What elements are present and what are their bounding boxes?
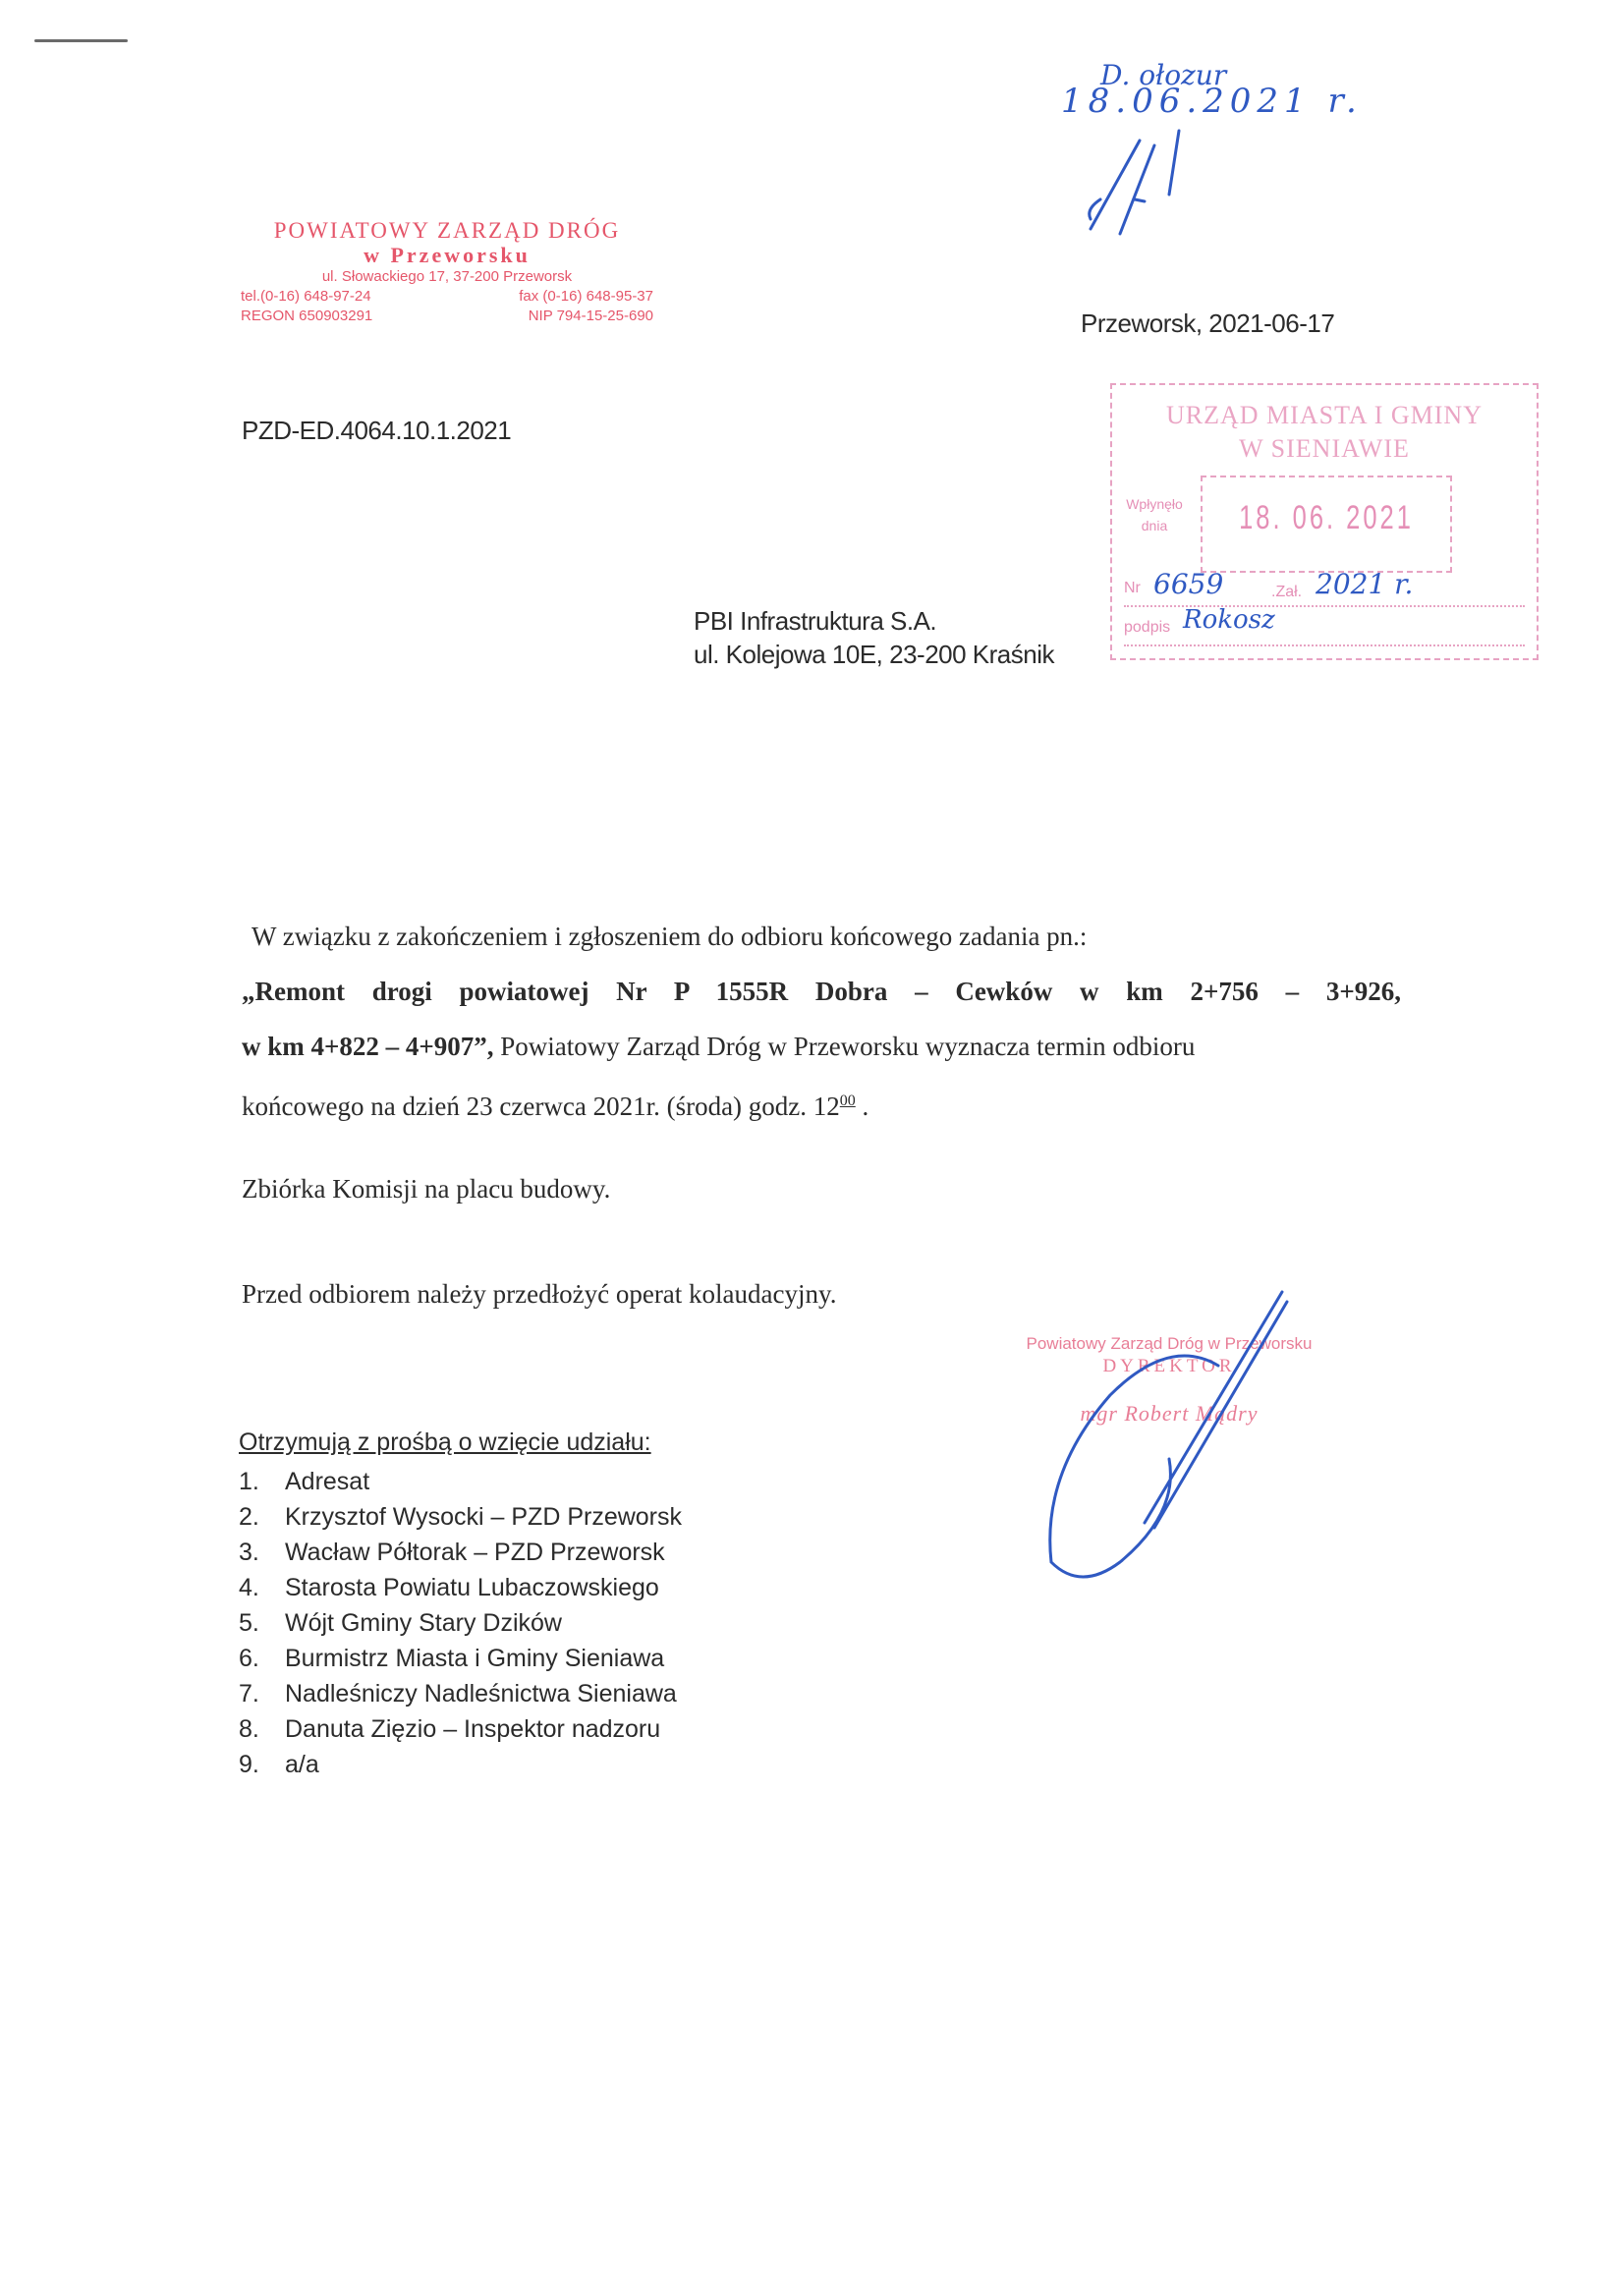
task-title-end: w km 4+822 – 4+907”, bbox=[242, 1032, 494, 1061]
sender-stamp-contact: tel.(0-16) 648-97-24 fax (0-16) 648-95-3… bbox=[241, 287, 653, 307]
received-stamp: URZĄD MIASTA I GMINY W SIENIAWIE Wpłynęł… bbox=[1110, 383, 1539, 660]
scan-corner-mark bbox=[34, 39, 128, 42]
recipient-item: 8.Danuta Zięzio – Inspektor nadzoru bbox=[239, 1711, 682, 1747]
sender-stamp-regon: REGON 650903291 bbox=[241, 307, 372, 326]
handwritten-note-date: 18.06.2021 r. bbox=[1061, 82, 1363, 121]
zal-label: .Zał. bbox=[1271, 584, 1302, 601]
intro-line: W związku z zakończeniem i zgłoszeniem d… bbox=[252, 909, 1401, 964]
received-number-row: Nr 6659 .Zał. 2021 r. bbox=[1124, 580, 1525, 607]
handwritten-note: D. ołozur 18.06.2021 r. bbox=[1061, 59, 1363, 243]
recipient-text: Burmistrz Miasta i Gminy Sieniawa bbox=[285, 1641, 664, 1676]
recipient-text: Wójt Gminy Stary Dzików bbox=[285, 1605, 562, 1641]
received-signature-row: podpis Rokosz bbox=[1124, 619, 1525, 646]
date-line: końcowego na dzień 23 czerwca 2021r. (śr… bbox=[242, 1074, 1401, 1134]
recipient-item: 5.Wójt Gminy Stary Dzików bbox=[239, 1605, 682, 1641]
recipients-heading: Otrzymują z prośbą o wzięcie udziału: bbox=[239, 1425, 682, 1460]
recipient-number: 1. bbox=[239, 1464, 285, 1499]
signature-label: podpis bbox=[1124, 619, 1170, 636]
received-label-line2: dnia bbox=[1116, 515, 1193, 536]
recipient-number: 4. bbox=[239, 1570, 285, 1605]
recipients-items: 1.Adresat2.Krzysztof Wysocki – PZD Przew… bbox=[239, 1464, 682, 1782]
year-value: 2021 r. bbox=[1316, 568, 1413, 600]
recipient-text: Adresat bbox=[285, 1464, 369, 1499]
recipient-number: 3. bbox=[239, 1535, 285, 1570]
received-date-box: 18. 06. 2021 bbox=[1201, 476, 1452, 573]
recipient-item: 9.a/a bbox=[239, 1747, 682, 1782]
sender-stamp-phone: tel.(0-16) 648-97-24 bbox=[241, 287, 371, 307]
recipient-text: a/a bbox=[285, 1747, 319, 1782]
date-line-text: końcowego na dzień 23 czerwca 2021r. (śr… bbox=[242, 1092, 840, 1121]
place-and-date: Przeworsk, 2021-06-17 bbox=[1081, 308, 1334, 339]
addressee-address: ul. Kolejowa 10E, 23-200 Kraśnik bbox=[694, 638, 1054, 671]
received-date: 18. 06. 2021 bbox=[1234, 499, 1420, 537]
recipient-number: 8. bbox=[239, 1711, 285, 1747]
handwritten-initials-icon bbox=[1081, 121, 1218, 239]
recipients-list: Otrzymują z prośbą o wzięcie udziału: 1.… bbox=[239, 1425, 682, 1782]
addressee-name: PBI Infrastruktura S.A. bbox=[694, 604, 1054, 638]
recipient-text: Wacław Półtorak – PZD Przeworsk bbox=[285, 1535, 665, 1570]
received-stamp-office: URZĄD MIASTA I GMINY W SIENIAWIE bbox=[1112, 399, 1537, 466]
recipient-item: 4.Starosta Powiatu Lubaczowskiego bbox=[239, 1570, 682, 1605]
received-stamp-office-line1: URZĄD MIASTA I GMINY bbox=[1112, 399, 1537, 432]
addressee: PBI Infrastruktura S.A. ul. Kolejowa 10E… bbox=[694, 604, 1054, 671]
recipient-item: 1.Adresat bbox=[239, 1464, 682, 1499]
recipient-item: 7.Nadleśniczy Nadleśnictwa Sieniawa bbox=[239, 1676, 682, 1711]
recipient-text: Starosta Powiatu Lubaczowskiego bbox=[285, 1570, 659, 1605]
recipient-number: 2. bbox=[239, 1499, 285, 1535]
recipient-item: 3.Wacław Półtorak – PZD Przeworsk bbox=[239, 1535, 682, 1570]
recipient-number: 6. bbox=[239, 1641, 285, 1676]
signature-value: Rokosz bbox=[1183, 605, 1275, 635]
main-paragraph: W związku z zakończeniem i zgłoszeniem d… bbox=[242, 909, 1401, 1134]
recipient-text: Nadleśniczy Nadleśnictwa Sieniawa bbox=[285, 1676, 677, 1711]
sender-stamp: POWIATOWY ZARZĄD DRÓG w Przeworsku ul. S… bbox=[241, 218, 653, 326]
nr-label: Nr bbox=[1124, 580, 1141, 596]
reference-number: PZD-ED.4064.10.1.2021 bbox=[242, 416, 511, 446]
received-label-line1: Wpłynęło bbox=[1116, 493, 1193, 515]
sender-stamp-name: POWIATOWY ZARZĄD DRÓG bbox=[241, 218, 653, 244]
task-line2-rest: Powiatowy Zarząd Dróg w Przeworsku wyzna… bbox=[494, 1032, 1196, 1061]
received-stamp-office-line2: W SIENIAWIE bbox=[1112, 432, 1537, 466]
recipient-text: Krzysztof Wysocki – PZD Przeworsk bbox=[285, 1499, 682, 1535]
recipient-item: 6.Burmistrz Miasta i Gminy Sieniawa bbox=[239, 1641, 682, 1676]
sender-stamp-nip: NIP 794-15-25-690 bbox=[529, 307, 653, 326]
task-title-line2: w km 4+822 – 4+907”, Powiatowy Zarząd Dr… bbox=[242, 1019, 1401, 1074]
recipient-item: 2.Krzysztof Wysocki – PZD Przeworsk bbox=[239, 1499, 682, 1535]
recipient-number: 7. bbox=[239, 1676, 285, 1711]
time-minutes: 00 bbox=[840, 1092, 856, 1109]
sender-stamp-city: w Przeworsku bbox=[241, 244, 653, 267]
sender-stamp-fax: fax (0-16) 648-95-37 bbox=[519, 287, 653, 307]
sender-stamp-address: ul. Słowackiego 17, 37-200 Przeworsk bbox=[241, 267, 653, 287]
date-line-end: . bbox=[856, 1092, 869, 1121]
sender-stamp-ids: REGON 650903291 NIP 794-15-25-690 bbox=[241, 307, 653, 326]
recipient-number: 9. bbox=[239, 1747, 285, 1782]
nr-value: 6659 bbox=[1153, 568, 1223, 600]
assembly-note: Zbiórka Komisji na placu budowy. bbox=[242, 1174, 1421, 1204]
recipient-number: 5. bbox=[239, 1605, 285, 1641]
received-label: Wpłynęło dnia bbox=[1116, 493, 1193, 536]
recipient-text: Danuta Zięzio – Inspektor nadzoru bbox=[285, 1711, 660, 1747]
director-signature-icon bbox=[1022, 1277, 1336, 1611]
task-title-line1: „Remont drogi powiatowej Nr P 1555R Dobr… bbox=[242, 964, 1401, 1019]
